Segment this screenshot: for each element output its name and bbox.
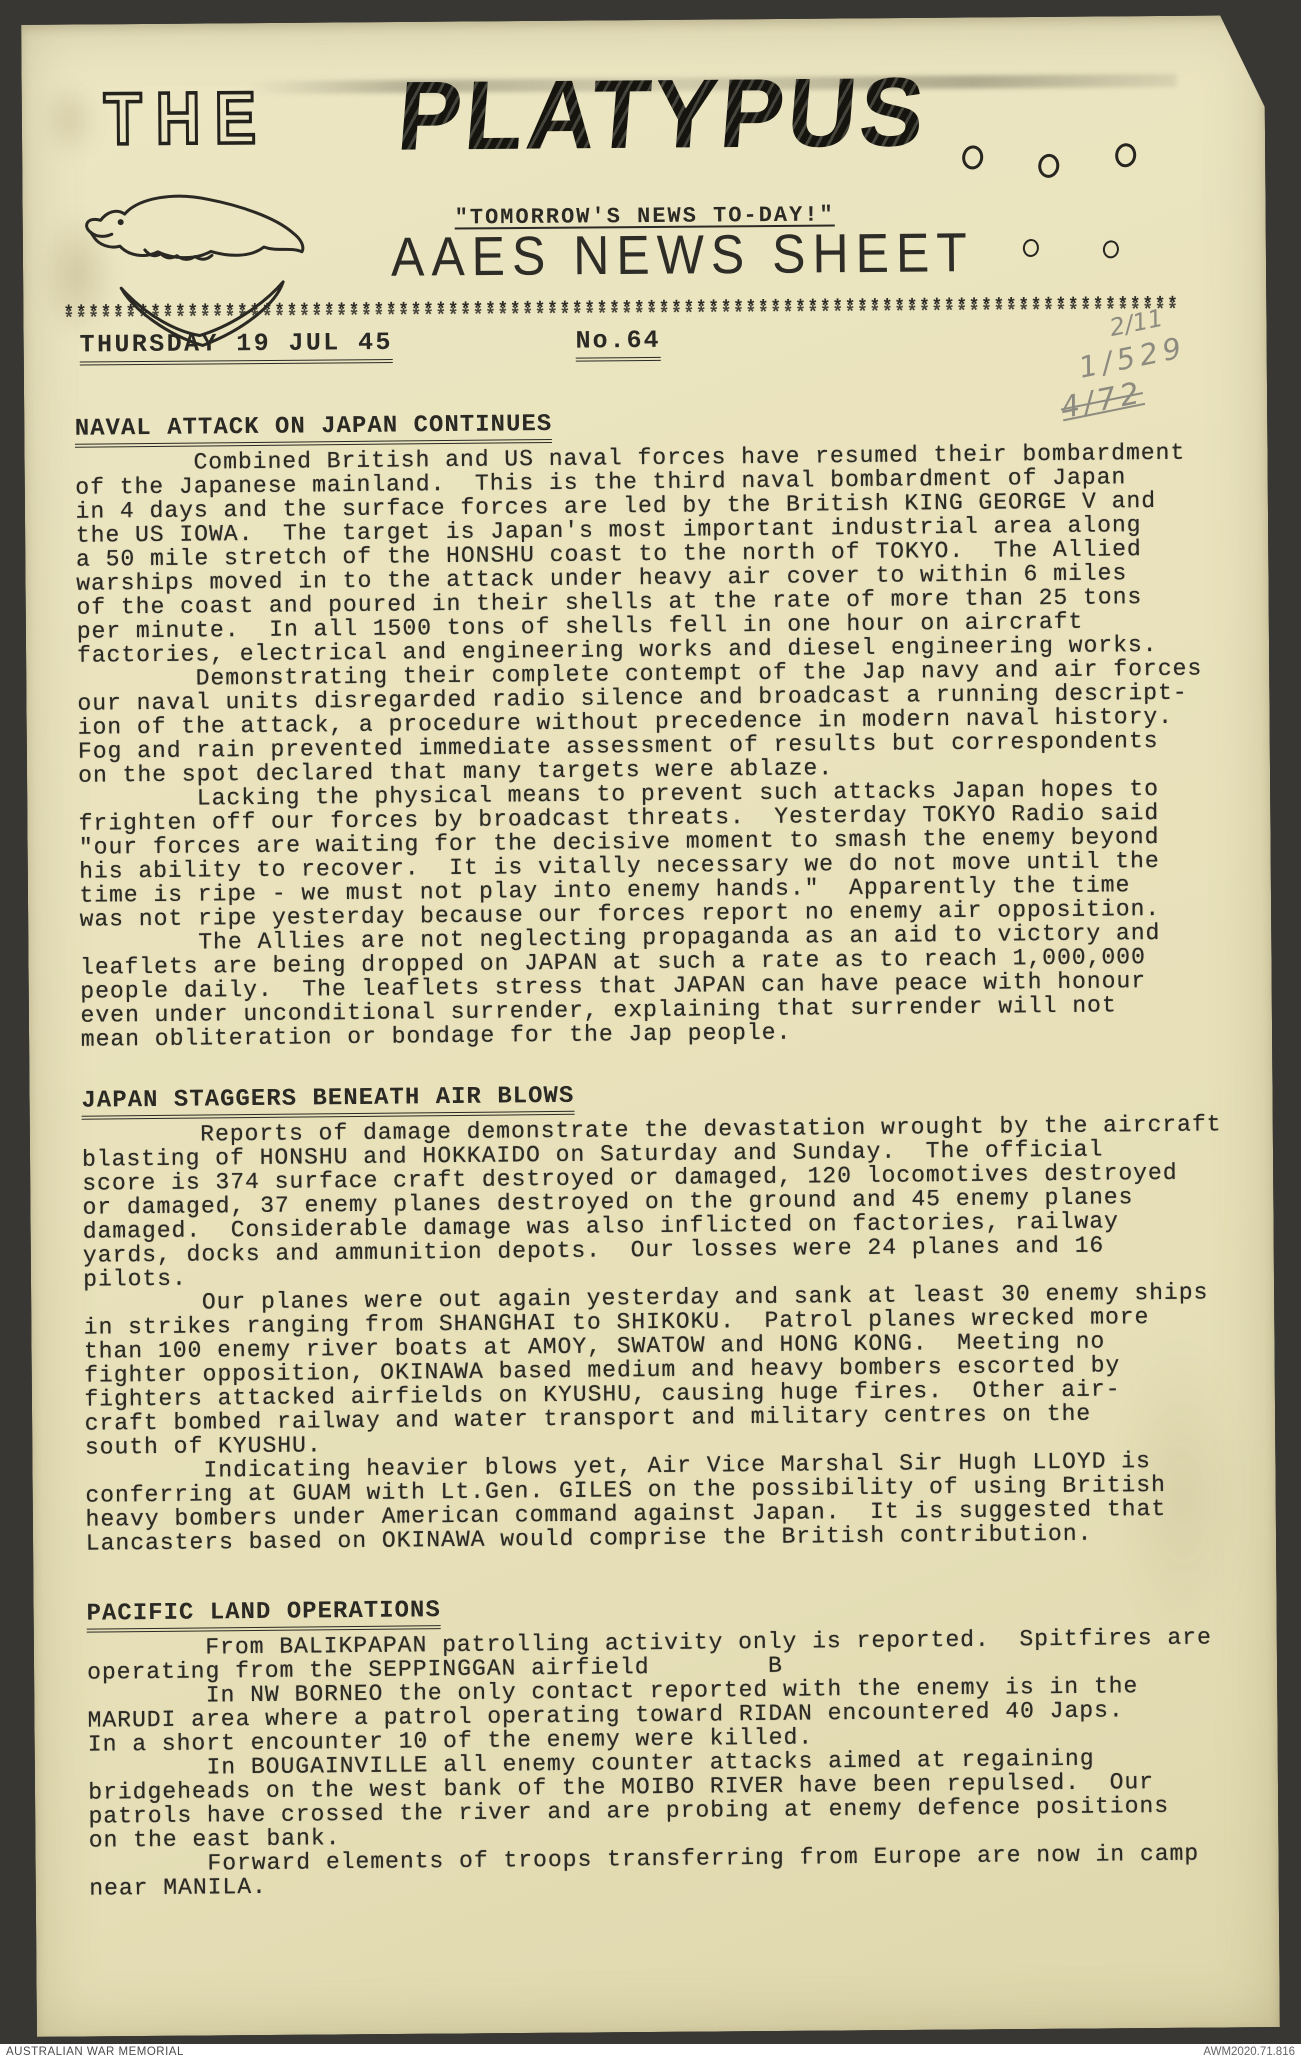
- article-heading: PACIFIC LAND OPERATIONS: [86, 1597, 441, 1633]
- article-paragraph: Our planes were out again yesterday and …: [83, 1280, 1255, 1460]
- article-air-blows: JAPAN STAGGERS BENEATH AIR BLOWS Reports…: [81, 1040, 1256, 1556]
- dateline-date: THURSDAY 19 JUL 45: [80, 328, 394, 365]
- dot-icon: [1037, 153, 1061, 180]
- article-land-operations: PACIFIC LAND OPERATIONS From BALIKPAPAN …: [86, 1544, 1259, 1901]
- attribution-bar: AUSTRALIAN WAR MEMORIAL AWM2020.71.816: [0, 2044, 1301, 2061]
- article-paragraph: Reports of damage demonstrate the devast…: [82, 1112, 1254, 1292]
- dot-icon: [1022, 238, 1040, 258]
- attribution-id: AWM2020.71.816: [1203, 2046, 1295, 2058]
- masthead-the: THE: [104, 77, 271, 162]
- dot-icon: [1114, 142, 1138, 169]
- article-paragraph: In BOUGAINVILLE all enemy counter attack…: [88, 1745, 1259, 1853]
- article-heading: NAVAL ATTACK ON JAPAN CONTINUES: [75, 411, 553, 448]
- attribution-source: AUSTRALIAN WAR MEMORIAL: [6, 2046, 184, 2058]
- article-paragraph: Lacking the physical means to prevent su…: [78, 776, 1249, 932]
- article-paragraph: Indicating heavier blows yet, Air Vice M…: [85, 1448, 1256, 1556]
- article-paragraph: Demonstrating their complete contempt of…: [77, 656, 1248, 788]
- article-paragraph: In NW BORNEO the only contact reported w…: [87, 1673, 1258, 1757]
- paper-stain: [40, 79, 101, 159]
- article-paragraph: Combined British and US naval forces hav…: [75, 440, 1247, 668]
- newsletter-page: THE PLATYPUS "TOMORROW'S NEWS TO-DAY!" A…: [21, 15, 1280, 2037]
- article-naval-attack: NAVAL ATTACK ON JAPAN CONTINUES Combined…: [75, 404, 1251, 1052]
- article-heading: JAPAN STAGGERS BENEATH AIR BLOWS: [81, 1083, 574, 1120]
- scan-background: { "masthead": { "the": "THE", "title": "…: [0, 0, 1301, 2061]
- dot-icon: [961, 144, 985, 171]
- masthead-title: PLATYPUS: [393, 57, 931, 173]
- issue-number: No.64: [576, 326, 661, 362]
- article-paragraph: The Allies are not neglecting propaganda…: [80, 920, 1251, 1052]
- dot-icon: [1102, 239, 1120, 259]
- masthead-subtitle: AAES NEWS SHEET: [391, 221, 974, 289]
- articles-column: NAVAL ATTACK ON JAPAN CONTINUES Combined…: [75, 404, 1260, 1901]
- article-paragraph: Forward elements of troops transferring …: [89, 1841, 1259, 1901]
